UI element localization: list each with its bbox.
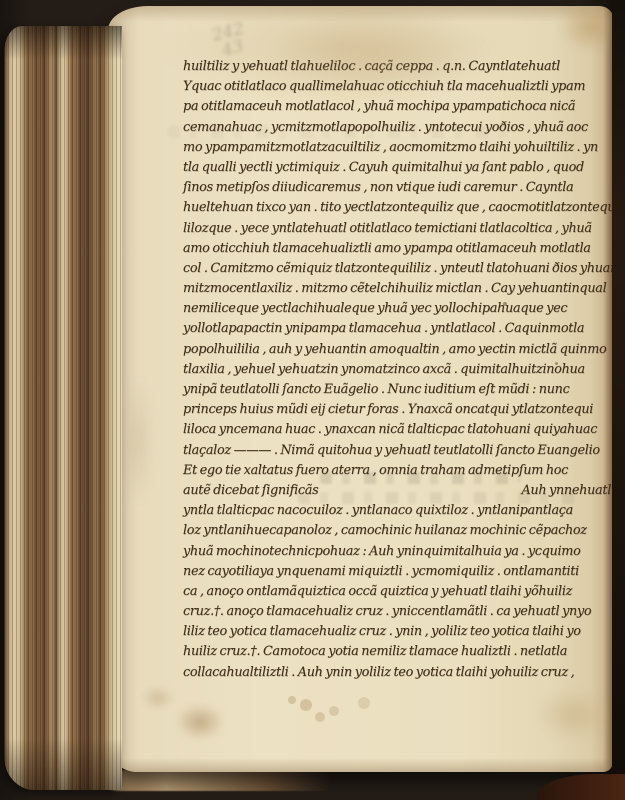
text-line-left: Et ego tie xaltatus fuero aterra , omnia… bbox=[183, 463, 568, 478]
text-line-left: Yquac otitlatlaco quallimelahuac oticchi… bbox=[183, 79, 585, 94]
paper-stain bbox=[288, 696, 296, 704]
text-line-left: yollotlapapactin ynipampa tlamacehua . y… bbox=[183, 321, 584, 336]
text-line: nez cayotiliaya ynquenami miquiztli . yc… bbox=[183, 562, 611, 582]
text-line-left: popolhuililia , auh y yehuantin amoqualt… bbox=[183, 342, 606, 357]
text-line-left: ynipã teutlatolli ſancto Euãgelio . Nunc… bbox=[183, 382, 569, 397]
book-cover-corner bbox=[537, 774, 625, 800]
text-line: lilozque . yece yntlatehuatl otitlatlaco… bbox=[183, 219, 611, 239]
text-line: pa otitlamaceuh motlatlacol , yhuã mochi… bbox=[183, 97, 611, 117]
text-line: loz yntlanihuecapanoloz , camochinic hui… bbox=[183, 521, 611, 541]
text-line-left: ſinos metipſos diiudicaremus , non vtiqu… bbox=[183, 180, 573, 195]
text-line-left: collacahualtiliztli . Auh ynin yoliliz t… bbox=[183, 665, 574, 680]
text-line: cemanahuac , ycmitzmotlapopolhuiliz . yn… bbox=[183, 118, 611, 138]
text-line-left: loz yntlanihuecapanoloz , camochinic hui… bbox=[183, 523, 587, 538]
paper-stain bbox=[124, 376, 152, 506]
text-line-left: nemiliceque yectlachihualeque yhuã yec y… bbox=[183, 301, 567, 316]
paper-stain bbox=[176, 704, 224, 740]
text-line-left: tlaçaloz ——— . Nimã quitohua y yehuatl t… bbox=[183, 443, 600, 458]
text-line: ynipã teutlatolli ſancto Euãgelio . Nunc… bbox=[183, 380, 611, 400]
paper-stain bbox=[536, 690, 610, 740]
text-line: amo oticchiuh tlamacehualiztli amo ypamp… bbox=[183, 239, 611, 259]
text-line: col . Camitzmo cẽmiquiz tlatzontequilili… bbox=[183, 259, 611, 279]
text-line-left: amo oticchiuh tlamacehualiztli amo ypamp… bbox=[183, 241, 591, 256]
text-line: collacahualtiliztli . Auh ynin yoliliz t… bbox=[183, 663, 611, 683]
text-line: mitzmocentlaxiliz . mitzmo cẽtelchihuili… bbox=[183, 279, 611, 299]
gutter-shadow bbox=[612, 0, 625, 800]
text-line-left: cruz.†. anoço tlamacehualiz cruz . ynicc… bbox=[183, 604, 591, 619]
text-line: yhuã mochinotechnicpohuaz : Auh yninquim… bbox=[183, 542, 611, 562]
text-line: liloca yncemana huac . ynaxcan nicã tlal… bbox=[183, 420, 611, 440]
text-line-left: yhuã mochinotechnicpohuaz : Auh yninquim… bbox=[183, 544, 581, 559]
text-line-left: liliz teo yotica tlamacehualiz cruz . yn… bbox=[183, 624, 581, 639]
under-page-edges bbox=[96, 770, 331, 791]
text-line-left: tla qualli yectli yctimiquiz . Cayuh qui… bbox=[183, 160, 584, 175]
text-line-left: huiltiliz y yehuatl tlahueliloc . caçã c… bbox=[183, 59, 560, 74]
paper-stain bbox=[142, 686, 174, 710]
text-line: huiliz cruz.†. Camotoca yotia nemiliz tl… bbox=[183, 642, 611, 662]
text-line: Yquac otitlatlaco quallimelahuac oticchi… bbox=[183, 77, 611, 97]
text-line-left: autẽ dicebat ſignificãs bbox=[183, 481, 318, 501]
text-line-left: princeps huius mũdi eij cietur foras . Y… bbox=[183, 402, 593, 417]
text-line-left: mo ypampamitzmotlatzacuiltiliz , aocmomi… bbox=[183, 140, 598, 155]
text-line: nemiliceque yectlachihualeque yhuã yec y… bbox=[183, 299, 611, 319]
text-line: huiltiliz y yehuatl tlahueliloc . caçã c… bbox=[183, 57, 611, 77]
text-line: tla qualli yectli yctimiquiz . Cayuh qui… bbox=[183, 158, 611, 178]
text-line: popolhuililia , auh y yehuantin amoqualt… bbox=[183, 340, 611, 360]
text-line: Et ego tie xaltatus fuero aterra , omnia… bbox=[183, 461, 611, 481]
text-line: tlaçaloz ——— . Nimã quitohua y yehuatl t… bbox=[183, 441, 611, 461]
text-line-left: liloca yncemana huac . ynaxcan nicã tlal… bbox=[183, 422, 597, 437]
text-line-right: Auh ynnehuatl bbox=[521, 481, 611, 501]
text-line-left: ca , anoço ontlamãquiztica occã quiztica… bbox=[183, 584, 572, 599]
text-line-left: hueltehuan tixco yan . tito yectlatzonte… bbox=[183, 200, 613, 215]
text-line-left: nez cayotiliaya ynquenami miquiztli . yc… bbox=[183, 564, 579, 579]
faded-folio-mark: 242 43 bbox=[210, 21, 250, 62]
manuscript-page: 242 43 huiltiliz y yehuatl tlahueliloc .… bbox=[108, 6, 613, 772]
text-line: princeps huius mũdi eij cietur foras . Y… bbox=[183, 400, 611, 420]
text-line-left: huiliz cruz.†. Camotoca yotia nemiliz tl… bbox=[183, 644, 567, 659]
book-photo: 242 43 huiltiliz y yehuatl tlahueliloc .… bbox=[0, 0, 625, 800]
text-line-left: cemanahuac , ycmitzmotlapopolhuiliz . yn… bbox=[183, 120, 588, 135]
paper-stain bbox=[560, 6, 613, 52]
text-line-left: tlaxilia , yehuel yehuatzin ynomatzinco … bbox=[183, 362, 585, 377]
text-line: yntla tlalticpac nacocuiloz . yntlanaco … bbox=[183, 501, 611, 521]
text-line-left: mitzmocentlaxiliz . mitzmo cẽtelchihuili… bbox=[183, 281, 606, 296]
manuscript-text: huiltiliz y yehuatl tlahueliloc . caçã c… bbox=[183, 57, 611, 683]
text-line-left: lilozque . yece yntlatehuatl otitlatlaco… bbox=[183, 221, 592, 236]
text-line: autẽ dicebat ſignificãsAuh ynnehuatl bbox=[183, 481, 611, 501]
text-line: liliz teo yotica tlamacehualiz cruz . yn… bbox=[183, 622, 611, 642]
text-line-left: yntla tlalticpac nacocuiloz . yntlanaco … bbox=[183, 503, 573, 518]
text-line: yollotlapapactin ynipampa tlamacehua . y… bbox=[183, 319, 611, 339]
text-line: ca , anoço ontlamãquiztica occã quiztica… bbox=[183, 582, 611, 602]
text-line-left: col . Camitzmo cẽmiquiz tlatzontequilili… bbox=[183, 261, 613, 276]
text-line: ſinos metipſos diiudicaremus , non vtiqu… bbox=[183, 178, 611, 198]
text-line-left: pa otitlamaceuh motlatlacol , yhuã mochi… bbox=[183, 99, 575, 114]
text-line: cruz.†. anoço tlamacehualiz cruz . ynicc… bbox=[183, 602, 611, 622]
book-page-edges bbox=[4, 26, 122, 790]
text-line: mo ypampamitzmotlatzacuiltiliz , aocmomi… bbox=[183, 138, 611, 158]
text-line: hueltehuan tixco yan . tito yectlatzonte… bbox=[183, 198, 611, 218]
text-line: tlaxilia , yehuel yehuatzin ynomatzinco … bbox=[183, 360, 611, 380]
